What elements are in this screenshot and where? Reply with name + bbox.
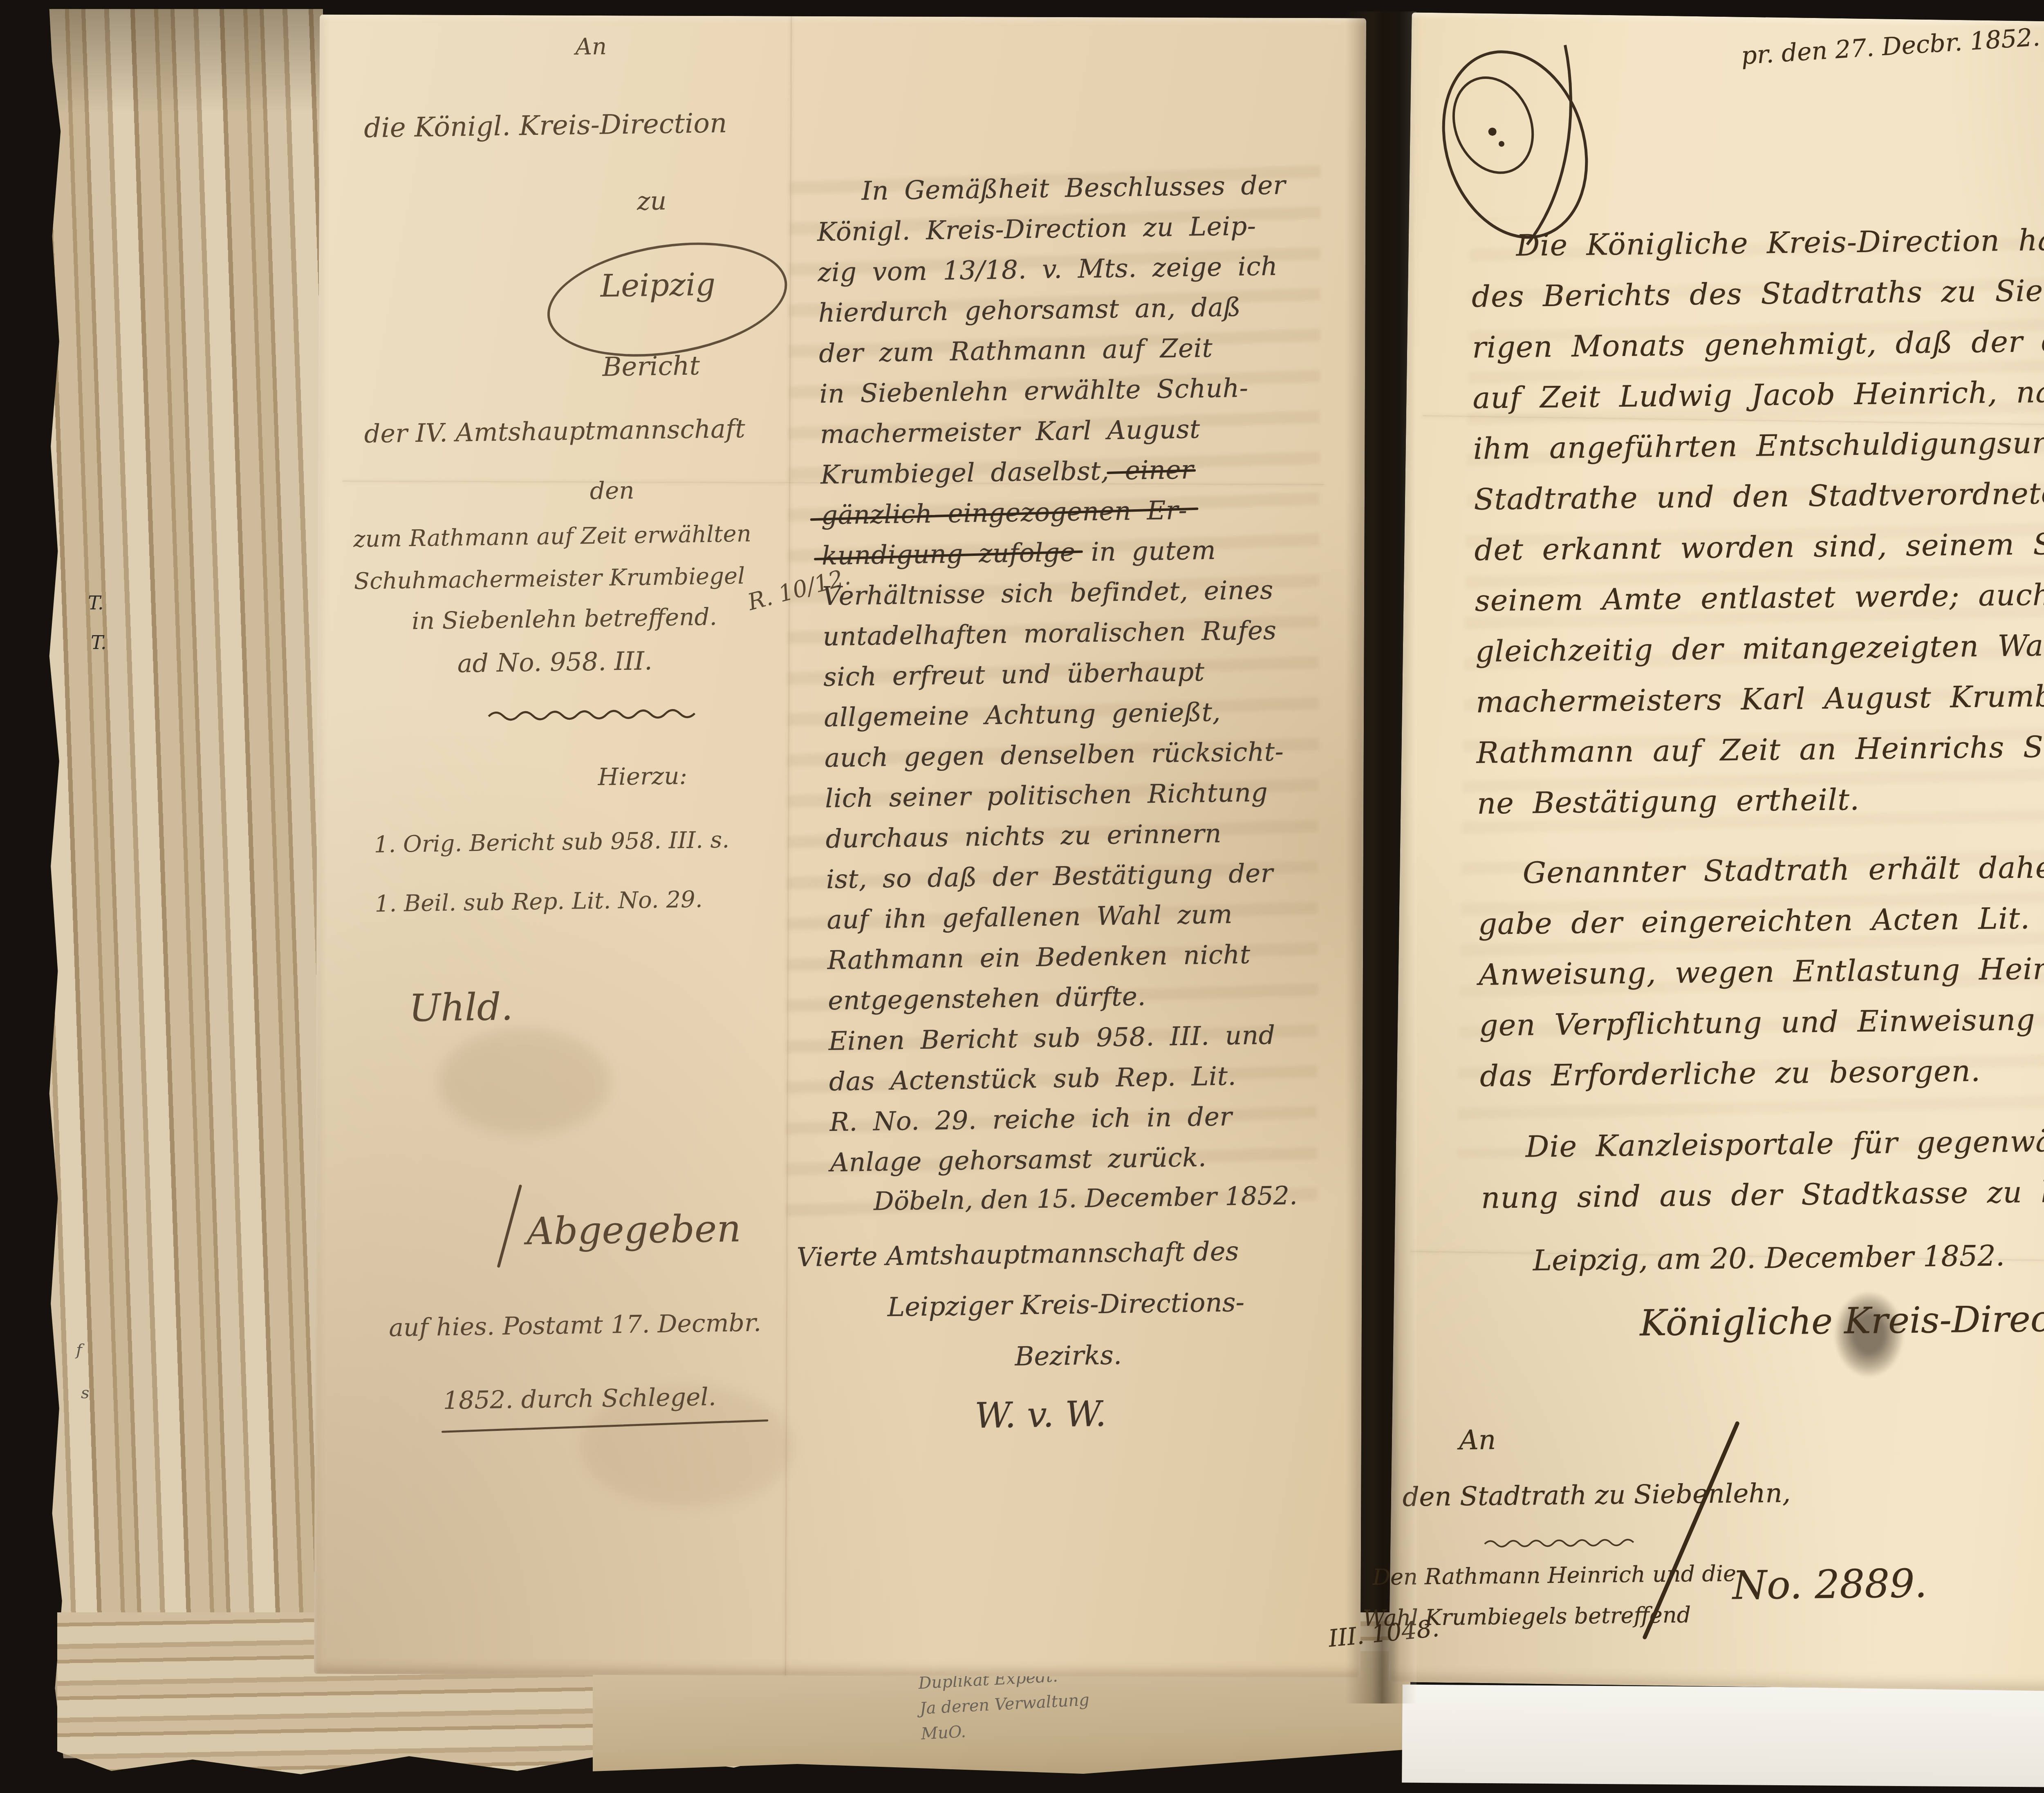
- left-page-edge-stack: [41, 9, 323, 1758]
- address-city: Leipzig: [600, 266, 716, 304]
- subject-line-1: zum Rathmann auf Zeit erwählten: [353, 521, 751, 553]
- handwritten-line: der zum Rathmann auf Zeit: [818, 326, 1363, 374]
- draft-closing-3: Bezirks.: [1015, 1340, 1122, 1372]
- right-page: pr. den 27. Decbr. 1852. 191. Die Königl…: [1389, 12, 2044, 1694]
- docket-slash-stroke: [1642, 1421, 1740, 1640]
- doc-article: den: [589, 477, 634, 505]
- handwritten-line: machermeisters Karl August Krumbiegel zu…: [1476, 668, 2044, 727]
- handwritten-line: auch gegen denselben rücksicht-: [824, 730, 1368, 779]
- handwritten-line: rigen Monats genehmigt, daß der dortige …: [1472, 313, 2044, 373]
- handwritten-line: machermeister Karl August: [820, 407, 1364, 455]
- draft-signature: W. v. W.: [975, 1394, 1107, 1436]
- handwritten-line: Anlage gehorsamst zurück.: [830, 1135, 1374, 1183]
- draft-closing-2: Leipziger Kreis-Directions-: [887, 1287, 1244, 1323]
- letter-signature: Königliche Kreis-Direction.: [1640, 1297, 2044, 1344]
- handwritten-line: R. No. 29. reiche ich in der: [829, 1095, 1374, 1143]
- handwritten-line: allgemeine Achtung genießt,: [824, 690, 1368, 738]
- dispatch-line-2: auf hies. Postamt 17. Decmbr.: [389, 1308, 762, 1342]
- handwritten-line: durchaus nichts zu erinnern: [825, 811, 1369, 860]
- handwritten-line: untadelhaften moralischen Rufes: [823, 609, 1367, 657]
- handwritten-line: gen Verpflichtung und Einweisung Krumbie…: [1479, 991, 2044, 1050]
- subject-line-2: Schuhmachermeister Krumbiegel: [354, 563, 745, 595]
- handwritten-line: gleichzeitig der mitangezeigten Wahl des…: [1475, 617, 2044, 676]
- handwritten-line: Rathmann auf Zeit an Heinrichs Stelle di…: [1476, 719, 2044, 778]
- handwritten-line: Königl. Kreis-Direction zu Leip-: [817, 204, 1361, 253]
- margin-mark: s: [81, 1383, 90, 1402]
- manuscript-scan: Duplikat Expedt.Ja deren VerwaltungMuO. …: [0, 0, 2044, 1793]
- margin-mark: T.: [91, 631, 107, 654]
- pencil-note: Duplikat Expedt.Ja deren VerwaltungMuO.: [918, 1665, 1091, 1750]
- handwritten-line: ist, so daß der Bestätigung der: [826, 852, 1370, 900]
- initial-d-flourish: [1430, 21, 1596, 252]
- handwritten-line: zig vom 13/18. v. Mts. zeige ich: [818, 245, 1362, 293]
- presentation-note: pr. den 27. Decbr. 1852.: [1740, 23, 2041, 70]
- handwritten-line: Genannter Stadtrath erhält dahero, unter…: [1477, 839, 2044, 898]
- handwritten-line: des Berichts des Stadtraths zu Siebenleh…: [1471, 263, 2044, 322]
- handwritten-line: in Siebenlehn erwählte Schuh-: [819, 366, 1363, 414]
- letter-dateline: Leipzig, am 20. December 1852.: [1533, 1239, 2005, 1277]
- handwritten-line: Verhältnisse sich befindet, eines: [822, 569, 1366, 617]
- handwritten-line: sich erfreut und überhaupt: [823, 649, 1367, 698]
- letter-paragraph-2: Genannter Stadtrath erhält dahero, unter…: [1477, 839, 2044, 1101]
- docket-line-1: Den Rathmann Heinrich und die: [1372, 1560, 1736, 1590]
- hierzu-heading: Hierzu:: [598, 762, 688, 791]
- letter-paragraph-3: Die Kanzleisportale für gegenwärtige Ver…: [1480, 1113, 2044, 1223]
- address-recipient: die Königl. Kreis-Direction: [364, 107, 727, 143]
- squiggle-divider: [1483, 1535, 1654, 1550]
- address-salutation: An: [575, 33, 607, 60]
- handwritten-line: das Actenstück sub Rep. Lit.: [829, 1054, 1373, 1102]
- draft-report-body: In Gemäßheit Beschlusses derKönigl. Krei…: [816, 164, 1374, 1183]
- clerk-paraph: Uhld.: [409, 985, 513, 1030]
- file-reference: ad No. 958. III.: [457, 646, 652, 678]
- handwritten-line: Rathmann ein Bedenken nicht: [827, 933, 1371, 981]
- handwritten-line: Die Kanzleisportale für gegenwärtige Ver…: [1480, 1113, 2044, 1172]
- subject-line-3: in Siebenlehn betreffend.: [412, 603, 717, 635]
- address-zu: zu: [637, 186, 667, 216]
- handwritten-line: Einen Bericht sub 958. III. und: [828, 1014, 1372, 1062]
- doc-type: Bericht: [602, 351, 700, 382]
- handwritten-line: nung sind aus der Stadtkasse zu bestreit…: [1481, 1164, 2044, 1223]
- doc-author: der IV. Amtshauptmannschaft: [364, 414, 745, 449]
- left-page-text-layer: An die Königl. Kreis-Direction zu Leipzi…: [319, 0, 1389, 1674]
- handwritten-line: In Gemäßheit Beschlusses der: [816, 164, 1360, 212]
- handwritten-line: det erkannt worden sind, seinem Suchen g…: [1474, 516, 2044, 575]
- handwritten-line: Anweisung, wegen Entlastung Heinrichs, s…: [1479, 940, 2044, 1000]
- handwritten-line: entgegenstehen dürfte.: [828, 973, 1372, 1021]
- squiggle-divider: [486, 704, 724, 724]
- left-page: An die Königl. Kreis-Direction zu Leipzi…: [314, 15, 1366, 1678]
- handwritten-line: auf Zeit Ludwig Jacob Heinrich, nachdem …: [1472, 364, 2044, 423]
- handwritten-line: kundigung zufolge in gutem: [821, 528, 1365, 576]
- enclosure-2: 1. Beil. sub Rep. Lit. No. 29.: [374, 886, 703, 917]
- right-page-text-layer: pr. den 27. Decbr. 1852. 191. Die Königl…: [1412, 4, 2044, 1682]
- handwritten-line: auf ihn gefallenen Wahl zum: [827, 892, 1371, 940]
- enclosure-1: 1. Orig. Bericht sub 958. III. s.: [374, 826, 729, 858]
- margin-mark: f: [76, 1341, 82, 1359]
- dispatch-underline: [442, 1419, 769, 1433]
- dispatch-flourish-stroke: [497, 1184, 522, 1268]
- handwritten-line: seinem Amte entlastet werde; auch hat Ma…: [1475, 566, 2044, 626]
- handwritten-line: Die Königliche Kreis-Direction hat in Ve…: [1471, 212, 2044, 271]
- handwritten-line: hierdurch gehorsamst an, daß: [818, 285, 1362, 334]
- recipient-line: den Stadtrath zu Siebenlehn,: [1402, 1478, 1791, 1513]
- document-number: No. 2889.: [1732, 1560, 1927, 1608]
- recipient-salutation: An: [1459, 1424, 1496, 1456]
- dispatch-line-1: Abgegeben: [526, 1207, 741, 1253]
- handwritten-line: gänzlich eingezogenen Er-: [821, 488, 1365, 536]
- handwritten-line: gabe der eingereichten Acten Lit. R. No:…: [1478, 890, 2044, 949]
- handwritten-line: das Erforderliche zu besorgen.: [1479, 1042, 2044, 1101]
- dispatch-line-3: 1852. durch Schlegel.: [443, 1383, 716, 1415]
- handwritten-line: Krumbiegel daselbst, einer: [820, 447, 1365, 495]
- handwritten-line: ihm angeführten Entschuldigungsursachen …: [1473, 414, 2044, 474]
- draft-closing-1: Vierte Amtshauptmannschaft des: [796, 1236, 1239, 1273]
- margin-mark: T.: [88, 592, 104, 614]
- draft-dateline: Döbeln, den 15. December 1852.: [874, 1180, 1298, 1216]
- handwritten-line: lich seiner politischen Richtung: [825, 771, 1369, 819]
- white-interleaf-bottom: [1402, 1685, 2044, 1790]
- letter-paragraph-1: Die Königliche Kreis-Direction hat in Ve…: [1471, 212, 2044, 829]
- handwritten-line: Stadtrathe und den Stadtverordneten für …: [1473, 465, 2044, 524]
- handwritten-line: ne Bestätigung ertheilt.: [1477, 769, 2044, 828]
